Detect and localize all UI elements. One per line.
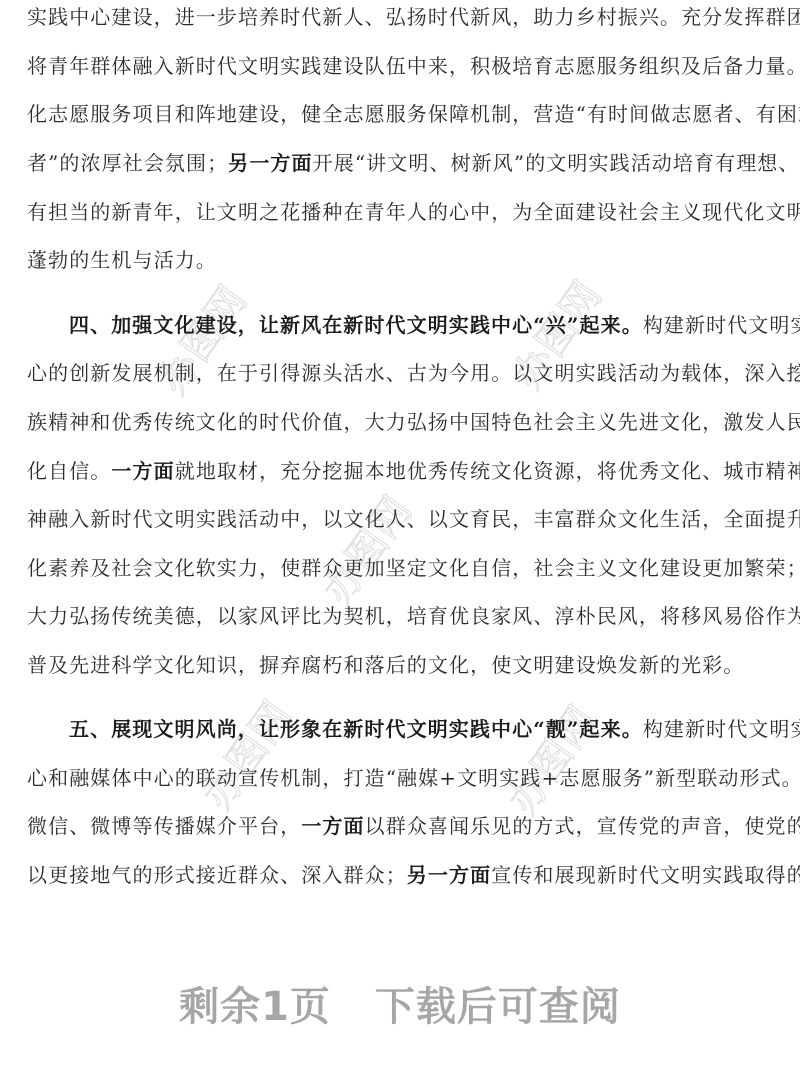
- paragraph-line: 化自信。一方面就地取材，充分挖掘本地优秀传统文化资源，将优秀文化、城市精神、红色…: [27, 458, 777, 484]
- text-segment: 化素养及社会文化软实力，使群众更加坚定文化自信，社会主义文化建设更加繁荣；: [27, 556, 800, 580]
- download-prompt-banner[interactable]: 剩余1页下载后可查阅: [0, 975, 800, 1032]
- paragraph-line: 心和融媒体中心的联动宣传机制，打造“融媒+文明实践+志愿服务”新型联动形式。依托…: [27, 765, 777, 791]
- text-segment: 化自信。: [27, 459, 111, 483]
- paragraph-line: 有担当的新青年，让文明之花播种在青年人的心中，为全面建设社会主义现代化文明强国注…: [27, 199, 777, 225]
- text-segment: 开展“讲文明、树新风”的文明实践活动培育有理想、有本领、: [313, 151, 800, 175]
- bold-text-segment: 另一方面: [407, 863, 491, 887]
- text-segment: 构建新时代文明实践中: [643, 313, 800, 337]
- watermark-text: 办图网: [307, 483, 423, 614]
- text-segment: 以更接地气的形式接近群众、深入群众；: [27, 863, 407, 887]
- text-segment: 神融入新时代文明实践活动中，以文化人、以文育民，丰富群众文化生活，全面提升群众的…: [27, 507, 800, 531]
- paragraph-heading-line: 五、展现文明风尚，让形象在新时代文明实践中心“靓”起来。构建新时代文明实践中: [27, 716, 777, 742]
- bold-text-segment: 一方面: [111, 459, 174, 483]
- download-to-view-label: 下载后可查阅: [375, 984, 621, 1030]
- text-segment: 化志愿服务项目和阵地建设，健全志愿服务保障机制，营造“有时间做志愿者、有困难找志…: [27, 102, 800, 126]
- bold-text-segment: 另一方面: [228, 151, 312, 175]
- text-segment: 心和融媒体中心的联动宣传机制，打造“融媒+文明实践+志愿服务”新型联动形式。依托…: [27, 766, 800, 790]
- text-segment: 者”的浓厚社会氛围；: [27, 151, 228, 175]
- text-segment: 大力弘扬传统美德，以家风评比为契机，培育优良家风、淳朴民风，将移风易俗作为工作重…: [27, 604, 800, 628]
- paragraph-line: 蓬勃的生机与活力。: [27, 247, 777, 273]
- paragraph-line: 大力弘扬传统美德，以家风评比为契机，培育优良家风、淳朴民风，将移风易俗作为工作重…: [27, 603, 777, 629]
- bold-text-segment: 一方面: [301, 814, 364, 838]
- text-segment: 心的创新发展机制，在于引得源头活水、古为今用。以文明实践活动为载体，深入挖掘伟大…: [27, 361, 800, 385]
- bold-text-segment: 四、加强文化建设，让新风在新时代文明实践中心“兴”起来。: [69, 313, 643, 337]
- paragraph-line: 者”的浓厚社会氛围；另一方面开展“讲文明、树新风”的文明实践活动培育有理想、有本…: [27, 150, 777, 176]
- text-segment: 有担当的新青年，让文明之花播种在青年人的心中，为全面建设社会主义现代化文明强国注…: [27, 200, 800, 224]
- text-segment: 微信、微博等传播媒介平台，: [27, 814, 301, 838]
- paragraph-line: 化志愿服务项目和阵地建设，健全志愿服务保障机制，营造“有时间做志愿者、有困难找志…: [27, 101, 777, 127]
- document-page: 办图网办图网办图网办图网办图网 实践中心建设，进一步培养时代新人、弘扬时代新风，…: [0, 0, 800, 1077]
- watermark-text: 办图网: [187, 688, 303, 819]
- paragraph-line: 以更接地气的形式接近群众、深入群众；另一方面宣传和展现新时代文明实践取得的丰厚成…: [27, 862, 777, 888]
- paragraph-heading-line: 四、加强文化建设，让新风在新时代文明实践中心“兴”起来。构建新时代文明实践中: [27, 312, 777, 338]
- text-segment: 蓬勃的生机与活力。: [27, 248, 217, 272]
- paragraph-line: 实践中心建设，进一步培养时代新人、弘扬时代新风，助力乡村振兴。充分发挥群团组织作…: [27, 4, 777, 30]
- paragraph-line: 微信、微博等传播媒介平台，一方面以群众喜闻乐见的方式，宣传党的声音，使党的创新理…: [27, 813, 777, 839]
- paragraph-line: 将青年群体融入新时代文明实践建设队伍中来，积极培育志愿服务组织及后备力量。一方面…: [27, 53, 777, 79]
- text-segment: 以群众喜闻乐见的方式，宣传党的声音，使党的创新理论: [365, 814, 800, 838]
- bold-text-segment: 五、展现文明风尚，让形象在新时代文明实践中心“靓”起来。: [69, 717, 643, 741]
- watermark-text: 办图网: [492, 693, 608, 824]
- paragraph-line: 族精神和优秀传统文化的时代价值，大力弘扬中国特色社会主义先进文化，激发人民群众的…: [27, 409, 777, 435]
- paragraph-line: 心的创新发展机制，在于引得源头活水、古为今用。以文明实践活动为载体，深入挖掘伟大…: [27, 360, 777, 386]
- text-segment: 将青年群体融入新时代文明实践建设队伍中来，积极培育志愿服务组织及后备力量。: [27, 54, 800, 78]
- text-segment: 构建新时代文明实践中: [643, 717, 800, 741]
- text-segment: 实践中心建设，进一步培养时代新人、弘扬时代新风，助力乡村振兴。充分发挥群团组织作…: [27, 5, 800, 29]
- text-segment: 普及先进科学文化知识，摒弃腐朽和落后的文化，使文明建设焕发新的光彩。: [27, 653, 744, 677]
- paragraph-line: 神融入新时代文明实践活动中，以文化人、以文育民，丰富群众文化生活，全面提升群众的…: [27, 506, 777, 532]
- paragraph-line: 化素养及社会文化软实力，使群众更加坚定文化自信，社会主义文化建设更加繁荣；另一方…: [27, 555, 777, 581]
- paragraph-line: 普及先进科学文化知识，摒弃腐朽和落后的文化，使文明建设焕发新的光彩。: [27, 652, 777, 678]
- remaining-pages-label: 剩余1页: [179, 984, 331, 1030]
- text-segment: 就地取材，充分挖掘本地优秀传统文化资源，将优秀文化、城市精神、红色精: [175, 459, 800, 483]
- text-segment: 宣传和展现新时代文明实践取得的丰厚成果，: [491, 863, 800, 887]
- text-segment: 族精神和优秀传统文化的时代价值，大力弘扬中国特色社会主义先进文化，激发人民群众的…: [27, 410, 800, 434]
